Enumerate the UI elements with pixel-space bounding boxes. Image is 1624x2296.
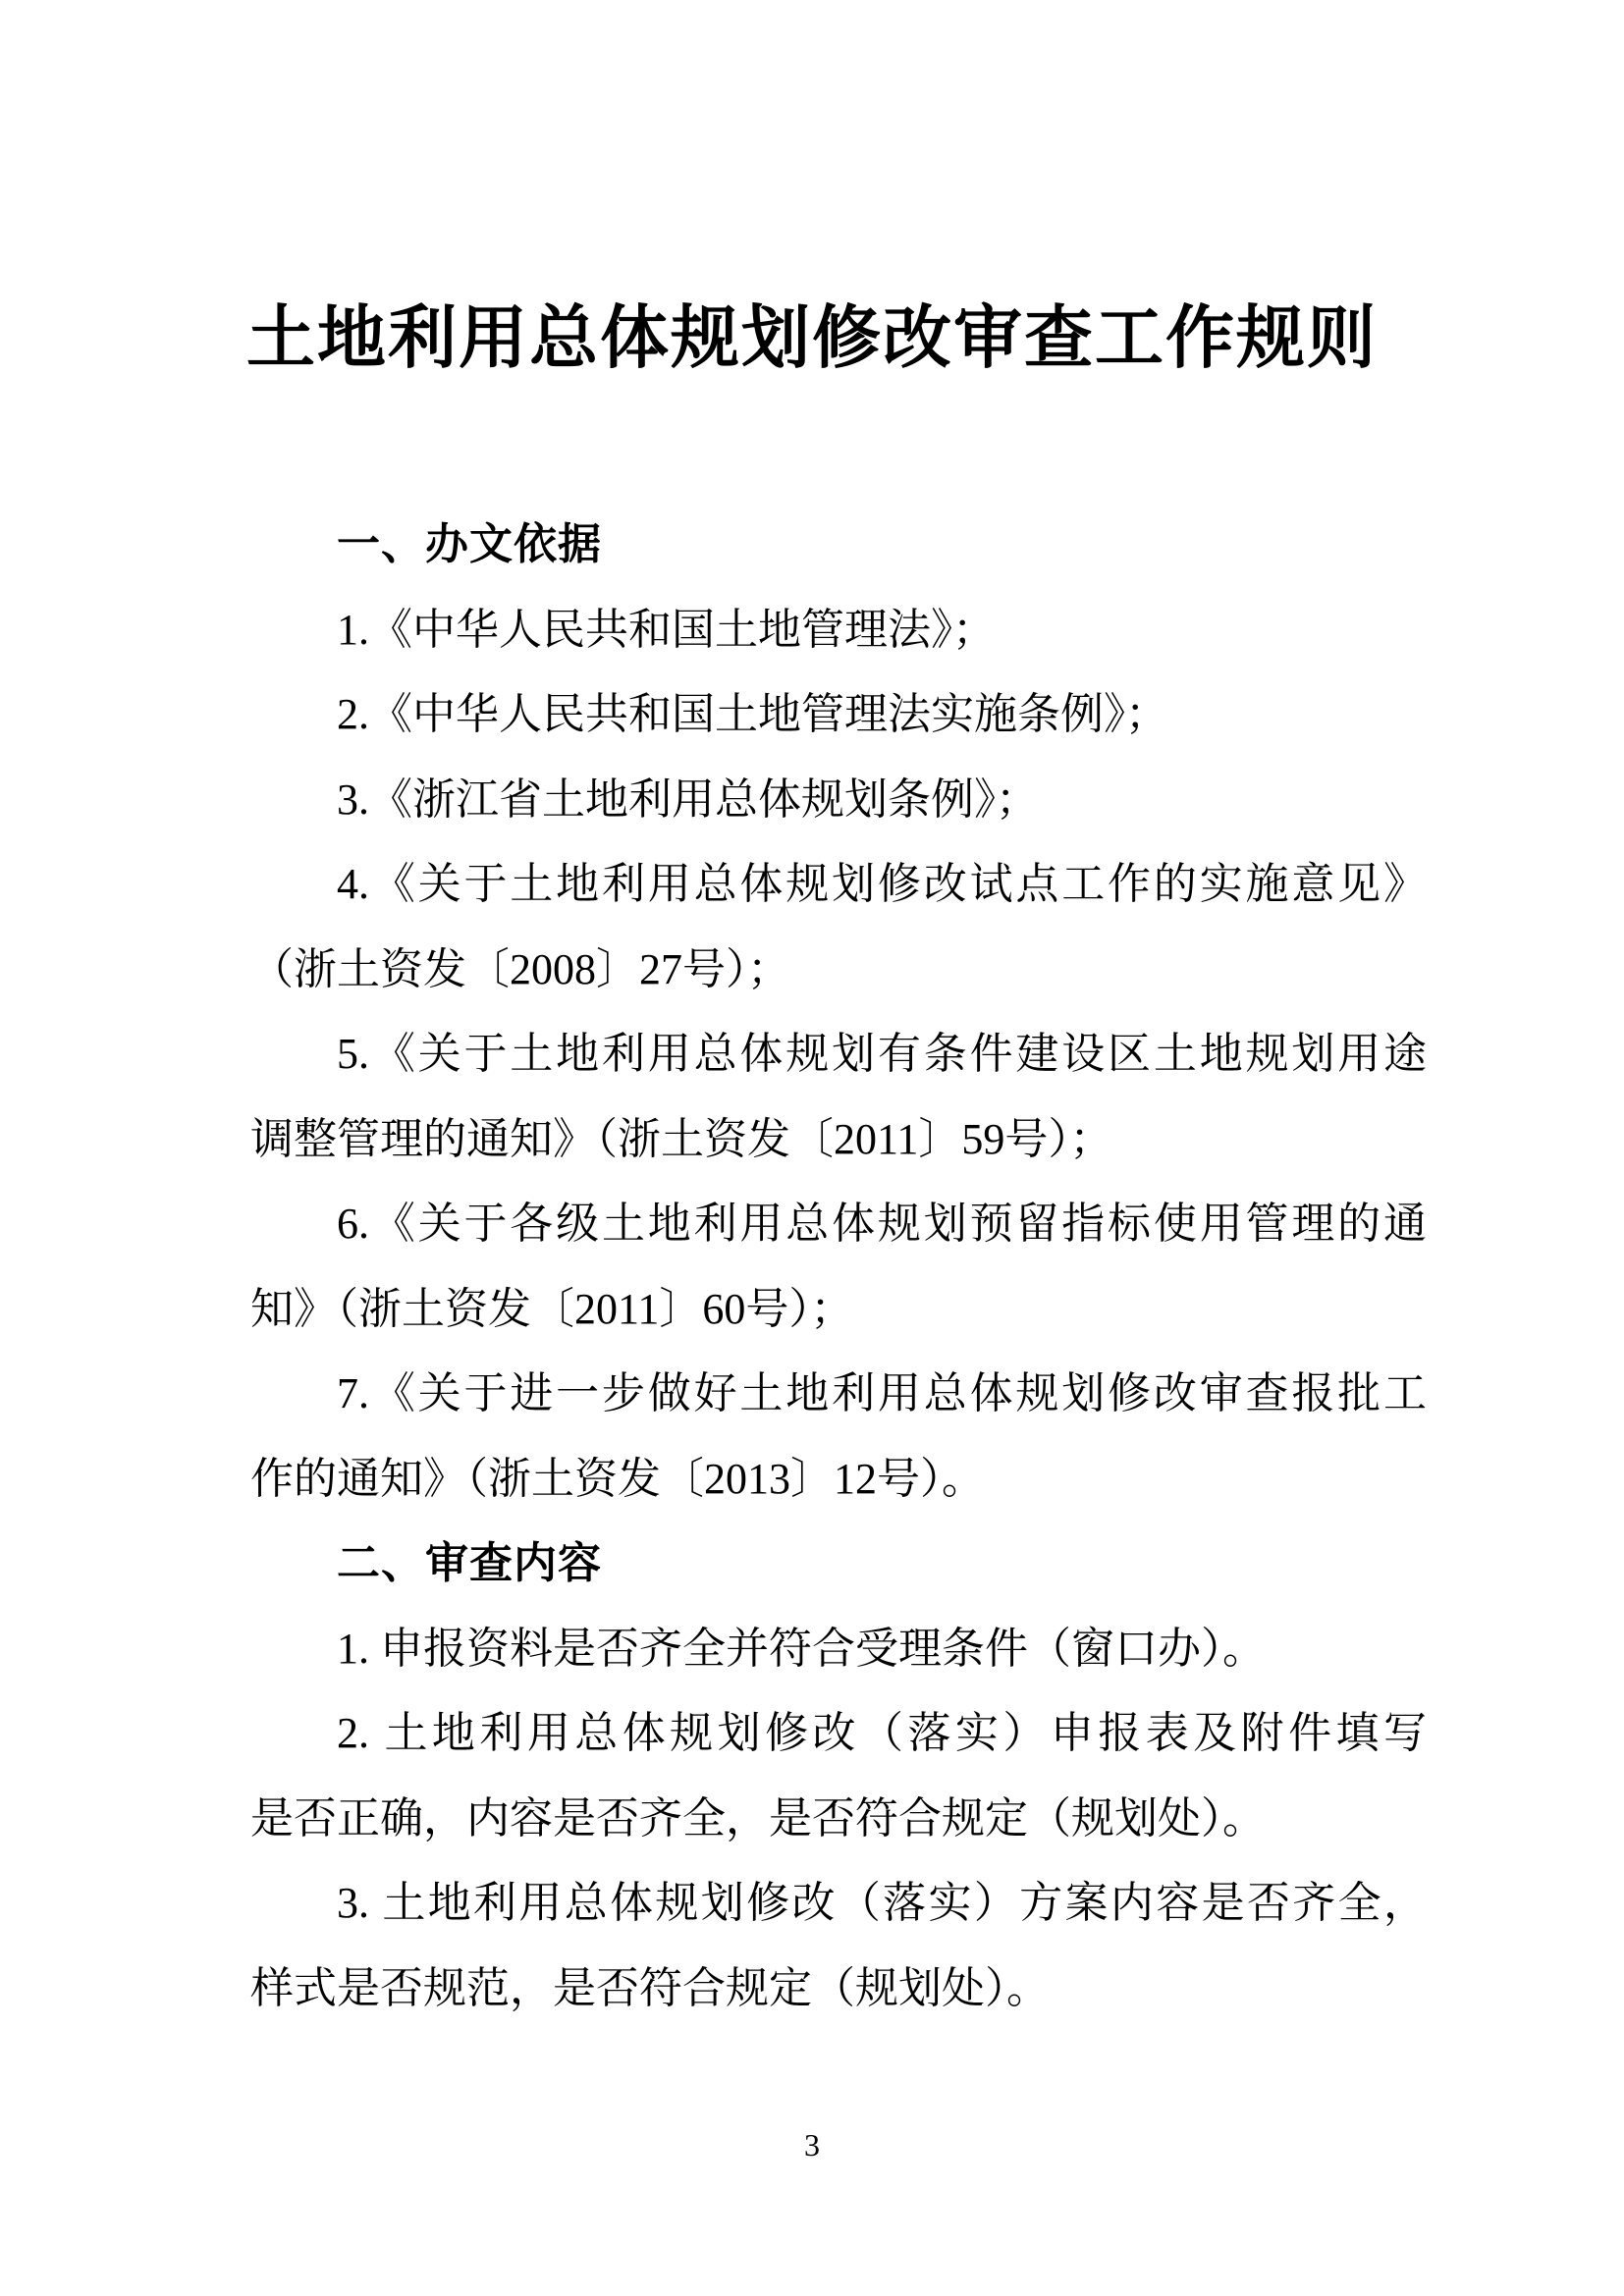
basis-item-7-line-1: 7.《关于进一步做好土地利用总体规划修改审查报批工 <box>250 1352 1427 1437</box>
review-item-3-line-1: 3. 土地利用总体规划修改（落实）方案内容是否齐全， <box>250 1861 1427 1947</box>
page-number: 3 <box>0 2120 1624 2169</box>
section-heading-content: 二、审查内容 <box>250 1522 1427 1607</box>
section-heading-basis: 一、办文依据 <box>250 503 1427 588</box>
review-item-2-line-1: 2. 土地利用总体规划修改（落实）申报表及附件填写 <box>250 1691 1427 1777</box>
basis-item-5-line-1: 5.《关于土地利用总体规划有条件建设区土地规划用途 <box>250 1012 1427 1097</box>
basis-item-4-line-2: （浙土资发〔2008〕27号）； <box>250 928 1427 1013</box>
document-title: 土地利用总体规划修改审查工作规则 <box>0 291 1624 389</box>
review-item-3-line-2: 样式是否规范，是否符合规定（规划处）。 <box>250 1947 1427 2032</box>
basis-item-7-line-2: 作的通知》（浙土资发〔2013〕12号）。 <box>250 1437 1427 1522</box>
basis-item-6-line-2: 知》（浙土资发〔2011〕60号）； <box>250 1267 1427 1353</box>
review-item-2-line-2: 是否正确，内容是否齐全，是否符合规定（规划处）。 <box>250 1777 1427 1862</box>
basis-item-6-line-1: 6.《关于各级土地利用总体规划预留指标使用管理的通 <box>250 1182 1427 1267</box>
basis-item-3: 3.《浙江省土地利用总体规划条例》； <box>250 758 1427 843</box>
basis-item-2: 2.《中华人民共和国土地管理法实施条例》； <box>250 672 1427 758</box>
document-body: 一、办文依据 1.《中华人民共和国土地管理法》； 2.《中华人民共和国土地管理法… <box>250 503 1427 2031</box>
basis-item-4-line-1: 4.《关于土地利用总体规划修改试点工作的实施意见》 <box>250 842 1427 928</box>
document-page: 土地利用总体规划修改审查工作规则 一、办文依据 1.《中华人民共和国土地管理法》… <box>0 0 1624 2296</box>
review-item-1: 1. 申报资料是否齐全并符合受理条件（窗口办）。 <box>250 1607 1427 1692</box>
basis-item-1: 1.《中华人民共和国土地管理法》； <box>250 588 1427 673</box>
basis-item-5-line-2: 调整管理的通知》（浙土资发〔2011〕59号）； <box>250 1097 1427 1183</box>
